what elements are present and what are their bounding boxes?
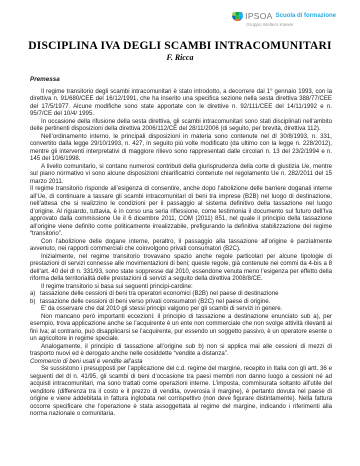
paragraph: Il regime transitorio risponde all’esige… (30, 185, 332, 238)
paragraph: A livello comunitario, si contano numero… (30, 163, 332, 186)
list-item-b: b) tassazione delle cessioni di beni ver… (30, 298, 332, 306)
paragraph: Se sussistono i presupposti per l’applic… (30, 365, 332, 418)
ipsoa-logo: IPSOA Scuola di formazione Gruppo Wolter… (232, 10, 336, 27)
list-item-a: a) tassazione delle cessioni di beni tra… (30, 290, 332, 298)
document-body: Premessa Il regime transitorio degli sca… (30, 76, 332, 418)
list-marker: b) (30, 298, 40, 306)
paragraph: Il regime transitorio si basa sui seguen… (30, 283, 332, 291)
paragraph: E’ da osservare che dal 2010 gli stessi … (30, 305, 332, 313)
logo-brand-text: IPSOA (245, 11, 272, 21)
paragraph: Il regime transitorio degli scambi intra… (30, 88, 332, 118)
paragraph: Con l’abolizione delle dogane interne, p… (30, 238, 332, 253)
section-heading-commercio: Commercio di beni usati e vendite all’as… (30, 358, 332, 366)
document-page: IPSOA Scuola di formazione Gruppo Wolter… (0, 0, 360, 466)
paragraph: In occasione della rifusione della sesta… (30, 118, 332, 133)
logo-group-text: Gruppo Wolters Kluwer (246, 22, 336, 27)
paragraph: Analogamente, il principio di tassazione… (30, 343, 332, 358)
paragraph: Nell’ordinamento interno, le principali … (30, 133, 332, 163)
paragraph: Inizialmente, nel regime transitorio tro… (30, 253, 332, 283)
logo-tagline-text: Scuola di formazione (276, 13, 336, 19)
list-item-text: tassazione delle cessioni di beni tra op… (40, 290, 332, 298)
page-author: F. Ricca (0, 53, 360, 62)
list-item-text: tassazione delle cessioni di beni verso … (40, 298, 332, 306)
list-marker: a) (30, 290, 40, 298)
section-heading-premessa: Premessa (30, 76, 332, 84)
page-title: DISCIPLINA IVA DEGLI SCAMBI INTRACOMUNIT… (0, 40, 360, 52)
paragraph: Non mancano però importanti eccezioni: i… (30, 313, 332, 343)
ipsoa-mosaic-icon (232, 10, 243, 21)
